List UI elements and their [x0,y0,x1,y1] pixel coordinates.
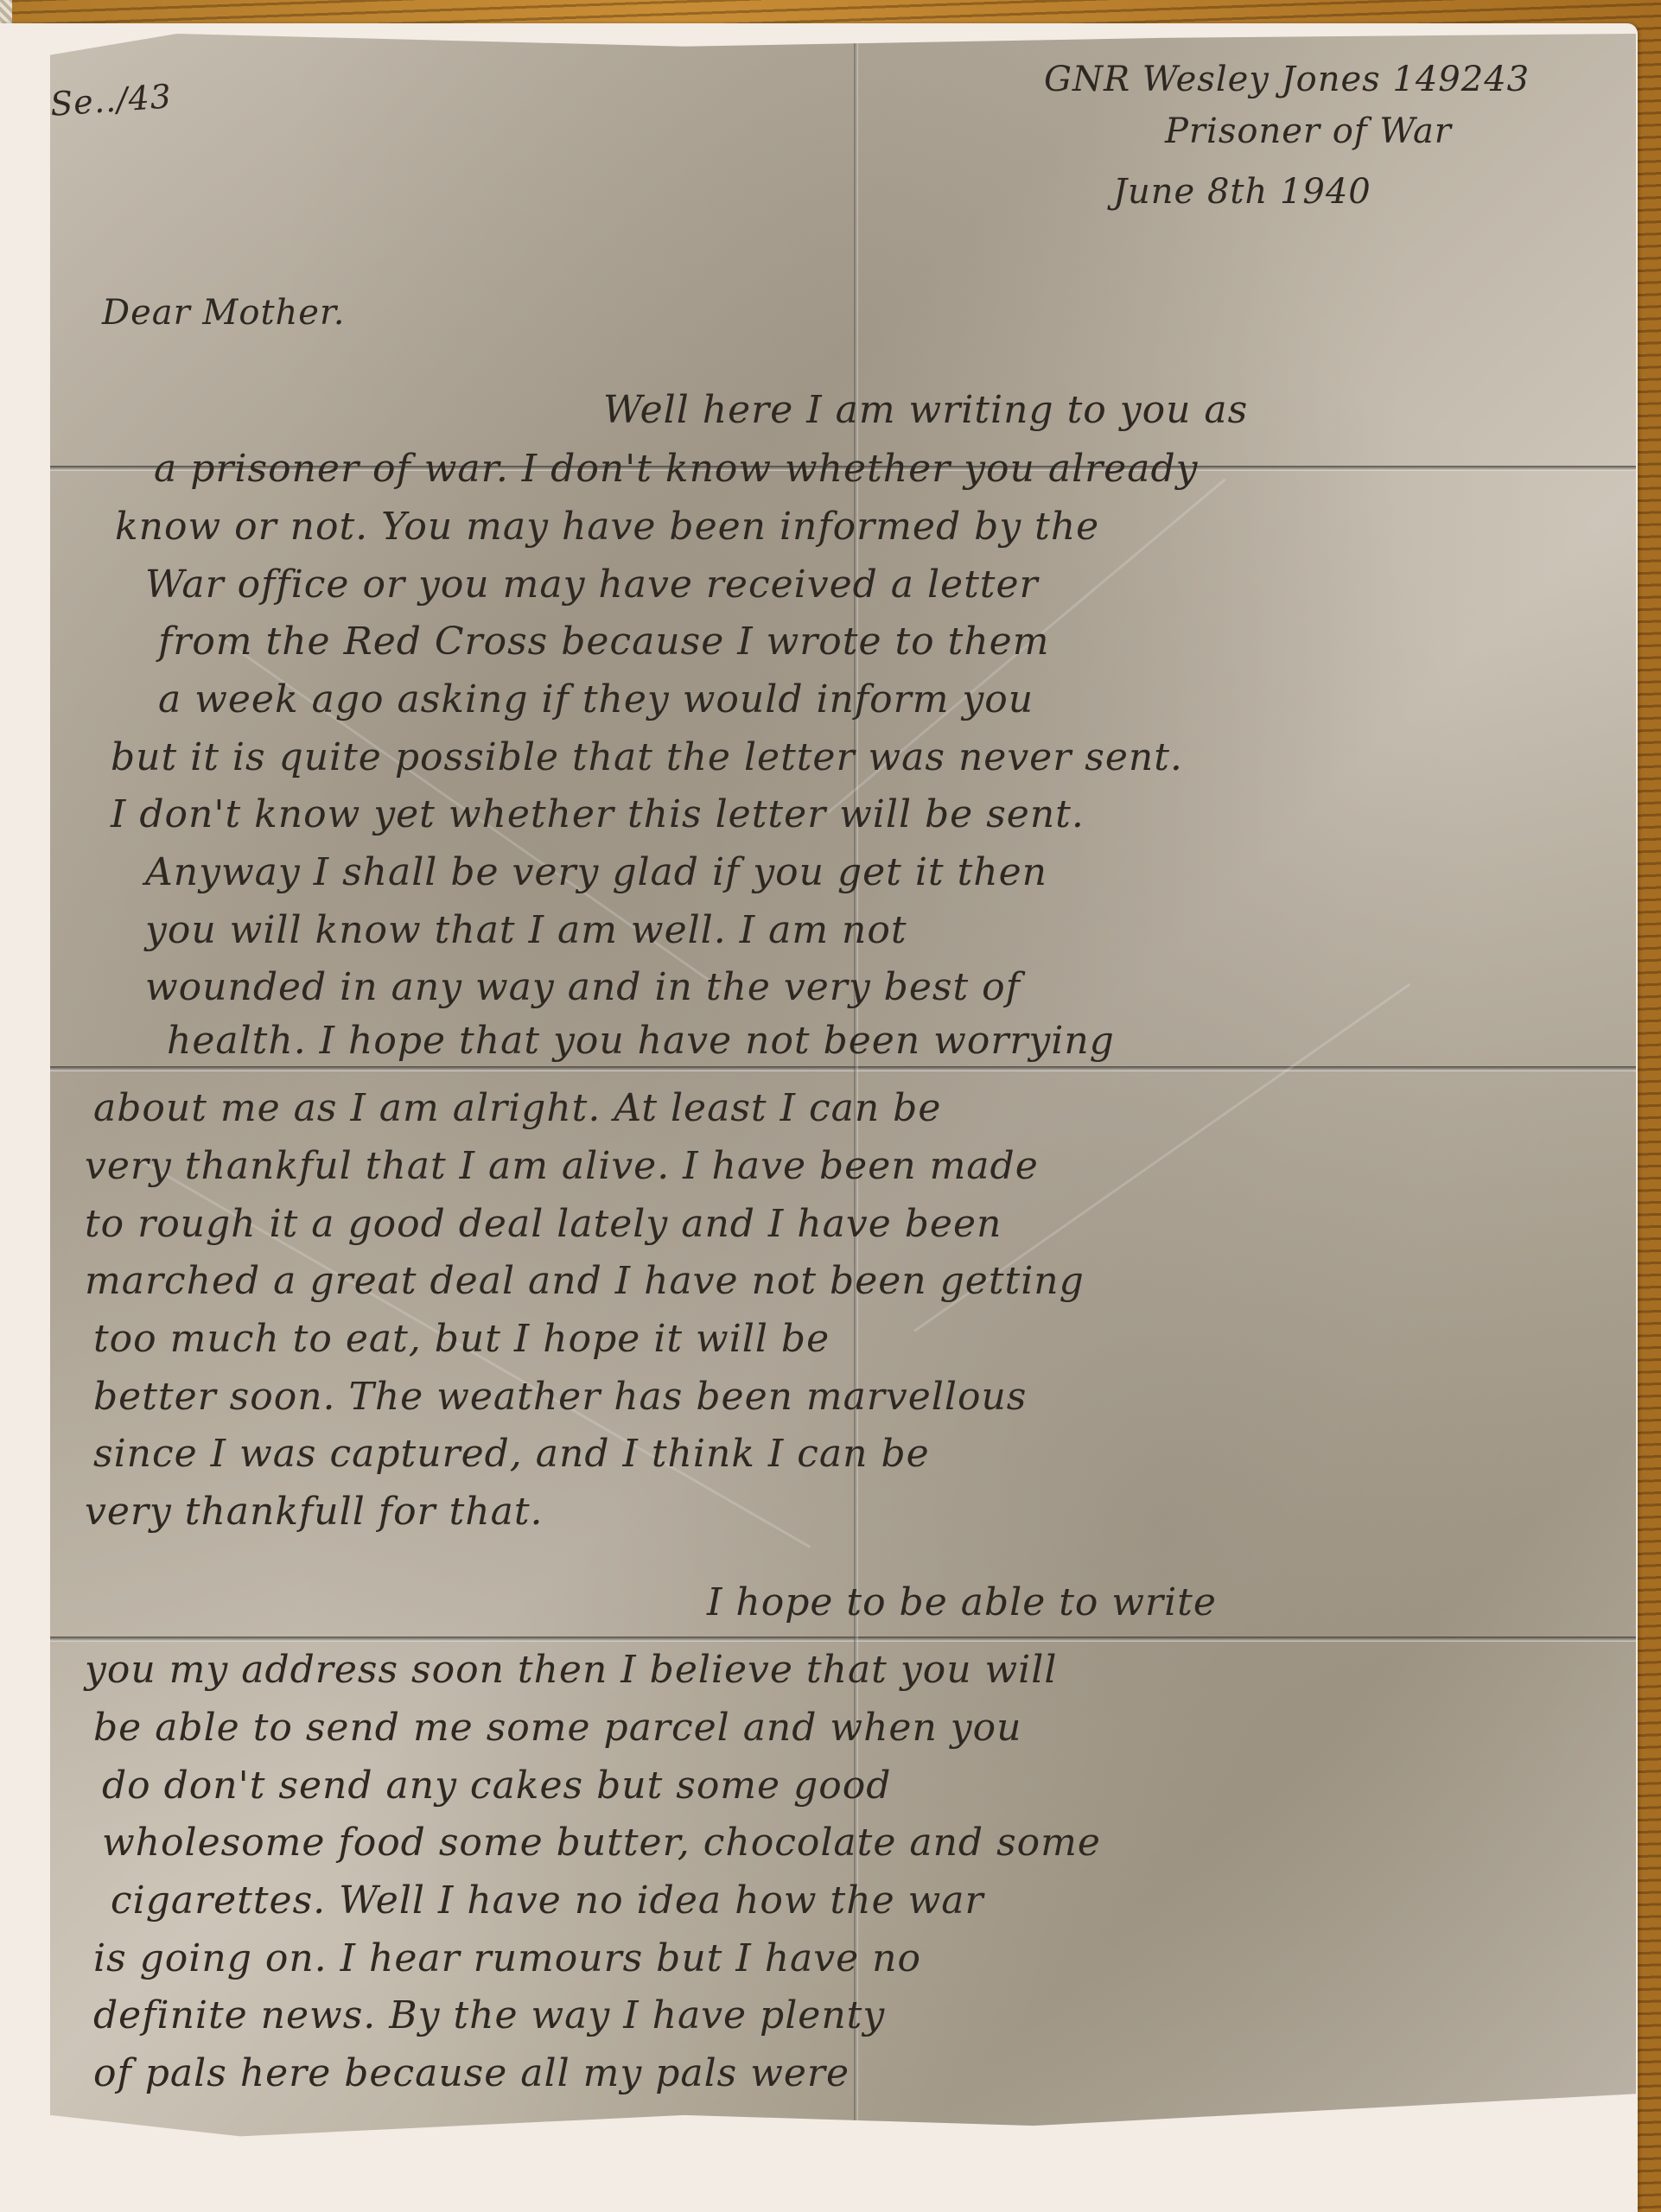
body-line: about me as I am alright. At least I can… [93,1086,941,1130]
body-line: know or not. You may have been informed … [115,505,1099,549]
body-line: from the Red Cross because I wrote to th… [158,620,1049,664]
body-line: marched a great deal and I have not been… [85,1259,1085,1303]
body-line: is going on. I hear rumours but I have n… [93,1936,921,1980]
body-line: better soon. The weather has been marvel… [93,1375,1027,1419]
body-line: be able to send me some parcel and when … [93,1706,1021,1750]
body-line: you my address soon then I believe that … [85,1648,1057,1692]
body-line: do don't send any cakes but some good [102,1764,891,1808]
rope-tie [0,0,12,26]
body-line: very thankfull for that. [85,1490,544,1534]
body-line: very thankful that I am alive. I have be… [85,1144,1039,1188]
letter-photocopy: Se../43 GNR Wesley Jones 149243 Prisoner… [50,34,1636,2158]
body-line: I hope to be able to write [707,1580,1217,1624]
body-line: health. I hope that you have not been wo… [167,1019,1115,1063]
body-line: War office or you may have received a le… [145,563,1039,607]
body-line: since I was captured, and I think I can … [93,1432,930,1476]
body-line: cigarettes. Well I have no idea how the … [111,1878,984,1923]
letter-sheet: Se../43 GNR Wesley Jones 149243 Prisoner… [0,23,1638,2212]
body-line: to rough it a good deal lately and I hav… [85,1202,1002,1246]
body-line: but it is quite possible that the letter… [111,735,1183,779]
body-line: a prisoner of war. I don't know whether … [154,447,1198,491]
body-line: Well here I am writing to you as [603,388,1248,432]
body-line: I don't know yet whether this letter wil… [111,792,1085,836]
body-line: wholesome food some butter, chocolate an… [102,1821,1101,1865]
body-line: wounded in any way and in the very best … [145,965,1021,1009]
body-line: a week ago asking if they would inform y… [158,677,1034,721]
body-line: definite news. By the way I have plenty [93,1993,885,2037]
body-line: of pals here because all my pals were [93,2051,850,2095]
body-line: too much to eat, but I hope it will be [93,1317,830,1361]
letter-body: Well here I am writing to you as a priso… [50,34,1636,2158]
body-line: you will know that I am well. I am not [145,908,907,952]
body-line: Anyway I shall be very glad if you get i… [145,850,1047,894]
